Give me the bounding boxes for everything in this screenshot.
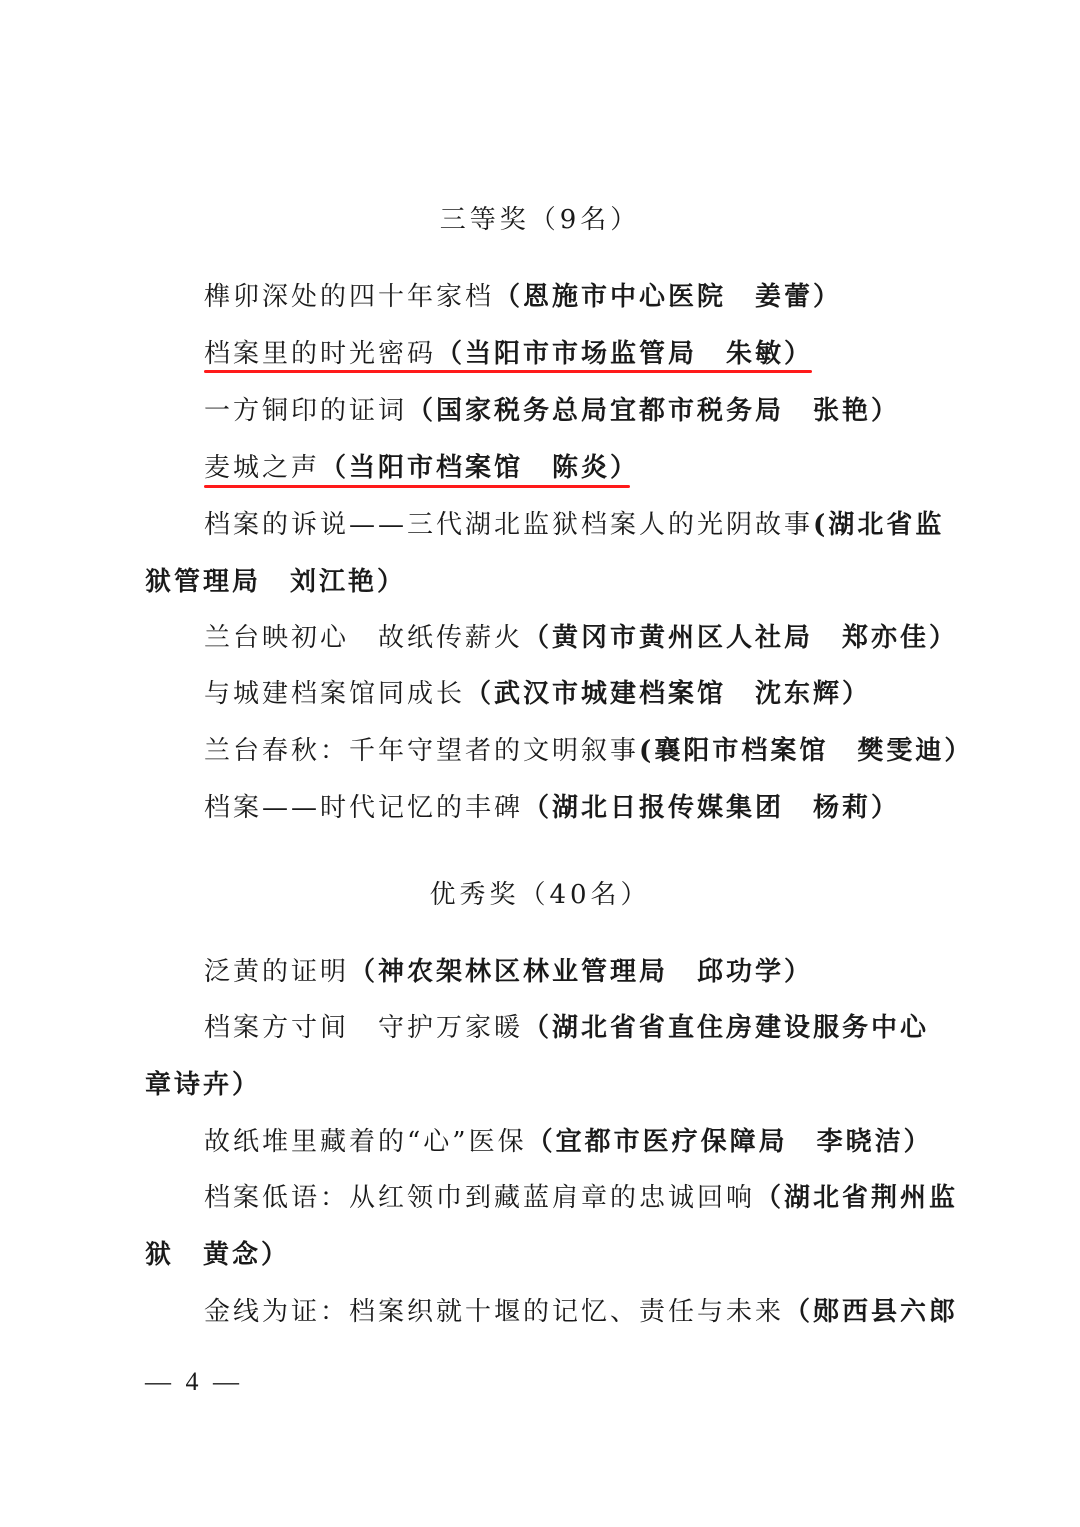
entry-title: 档案方寸间 守护万家暖 [204, 1013, 523, 1043]
list-item: 金线为证：档案织就十堰的记忆、责任与未来（郧西县六郎 [204, 1295, 958, 1329]
red-underline [204, 485, 630, 488]
entry-org: （郧西县六郎 [784, 1297, 958, 1327]
entry-title: 榫卯深处的四十年家档 [204, 282, 494, 312]
list-item: 一方铜印的证词（国家税务总局宜都市税务局 张艳） [204, 394, 900, 428]
entry-title: 档案的诉说——三代湖北监狱档案人的光阴故事 [204, 510, 813, 540]
list-item: 泛黄的证明（神农架林区林业管理局 邱功学） [204, 955, 813, 989]
entry-org: （神农架林区林业管理局 邱功学） [349, 957, 813, 987]
list-item: 档案——时代记忆的丰碑（湖北日报传媒集团 杨莉） [204, 791, 900, 825]
entry-org: （湖北省荆州监 [755, 1183, 958, 1213]
entry-org: （当阳市市场监管局 朱敏） [436, 339, 813, 369]
list-item: 档案低语：从红领巾到藏蓝肩章的忠诚回响（湖北省荆州监 [204, 1181, 958, 1215]
entry-title: 故纸堆里藏着的“心”医保 [204, 1127, 527, 1157]
entry-org: (湖北省监 [813, 510, 944, 540]
entry-title: 档案低语：从红领巾到藏蓝肩章的忠诚回响 [204, 1183, 755, 1213]
entry-title: 与城建档案馆同成长 [204, 679, 465, 709]
list-item: 兰台映初心 故纸传薪火（黄冈市黄州区人社局 郑亦佳） [204, 621, 958, 655]
list-item: 与城建档案馆同成长（武汉市城建档案馆 沈东辉） [204, 677, 871, 711]
entry-title: 泛黄的证明 [204, 957, 349, 987]
entry-org: （当阳市档案馆 陈炎） [320, 453, 639, 483]
list-item-highlighted: 麦城之声（当阳市档案馆 陈炎） [204, 451, 639, 485]
entry-title: 麦城之声 [204, 453, 320, 483]
entry-title: 档案——时代记忆的丰碑 [204, 793, 523, 823]
entry-title: 档案里的时光密码 [204, 339, 436, 369]
entry-org: （湖北日报传媒集团 杨莉） [523, 793, 900, 823]
page-number: — 4 — [145, 1365, 243, 1399]
section-heading-third-prize: 三等奖（9名） [0, 203, 1080, 237]
list-item: 档案的诉说——三代湖北监狱档案人的光阴故事(湖北省监 [204, 508, 944, 542]
entry-title: 兰台春秋：千年守望者的文明叙事 [204, 736, 639, 766]
entry-org: （恩施市中心医院 姜蕾） [494, 282, 842, 312]
document-page: 三等奖（9名） 榫卯深处的四十年家档（恩施市中心医院 姜蕾） 档案里的时光密码（… [0, 0, 1080, 1527]
list-item-continuation: 狱 黄念） [145, 1238, 290, 1272]
list-item-continuation: 章诗卉） [145, 1068, 261, 1102]
entry-org: (襄阳市档案馆 樊雯迪） [639, 736, 973, 766]
list-item: 兰台春秋：千年守望者的文明叙事(襄阳市档案馆 樊雯迪） [204, 734, 973, 768]
entry-title: 兰台映初心 故纸传薪火 [204, 623, 523, 653]
list-item: 榫卯深处的四十年家档（恩施市中心医院 姜蕾） [204, 280, 842, 314]
list-item: 故纸堆里藏着的“心”医保（宜都市医疗保障局 李晓洁） [204, 1125, 933, 1159]
entry-org: （湖北省省直住房建设服务中心 [523, 1013, 929, 1043]
entry-title: 一方铜印的证词 [204, 396, 407, 426]
entry-title: 金线为证：档案织就十堰的记忆、责任与未来 [204, 1297, 784, 1327]
entry-org: （宜都市医疗保障局 李晓洁） [527, 1127, 933, 1157]
list-item: 档案方寸间 守护万家暖（湖北省省直住房建设服务中心 [204, 1011, 929, 1045]
section-heading-excellence-prize: 优秀奖（40名） [0, 878, 1080, 912]
red-underline [204, 370, 812, 373]
entry-org: （武汉市城建档案馆 沈东辉） [465, 679, 871, 709]
list-item-highlighted: 档案里的时光密码（当阳市市场监管局 朱敏） [204, 337, 813, 371]
entry-org: （黄冈市黄州区人社局 郑亦佳） [523, 623, 958, 653]
entry-org: （国家税务总局宜都市税务局 张艳） [407, 396, 900, 426]
list-item-continuation: 狱管理局 刘江艳） [145, 565, 406, 599]
